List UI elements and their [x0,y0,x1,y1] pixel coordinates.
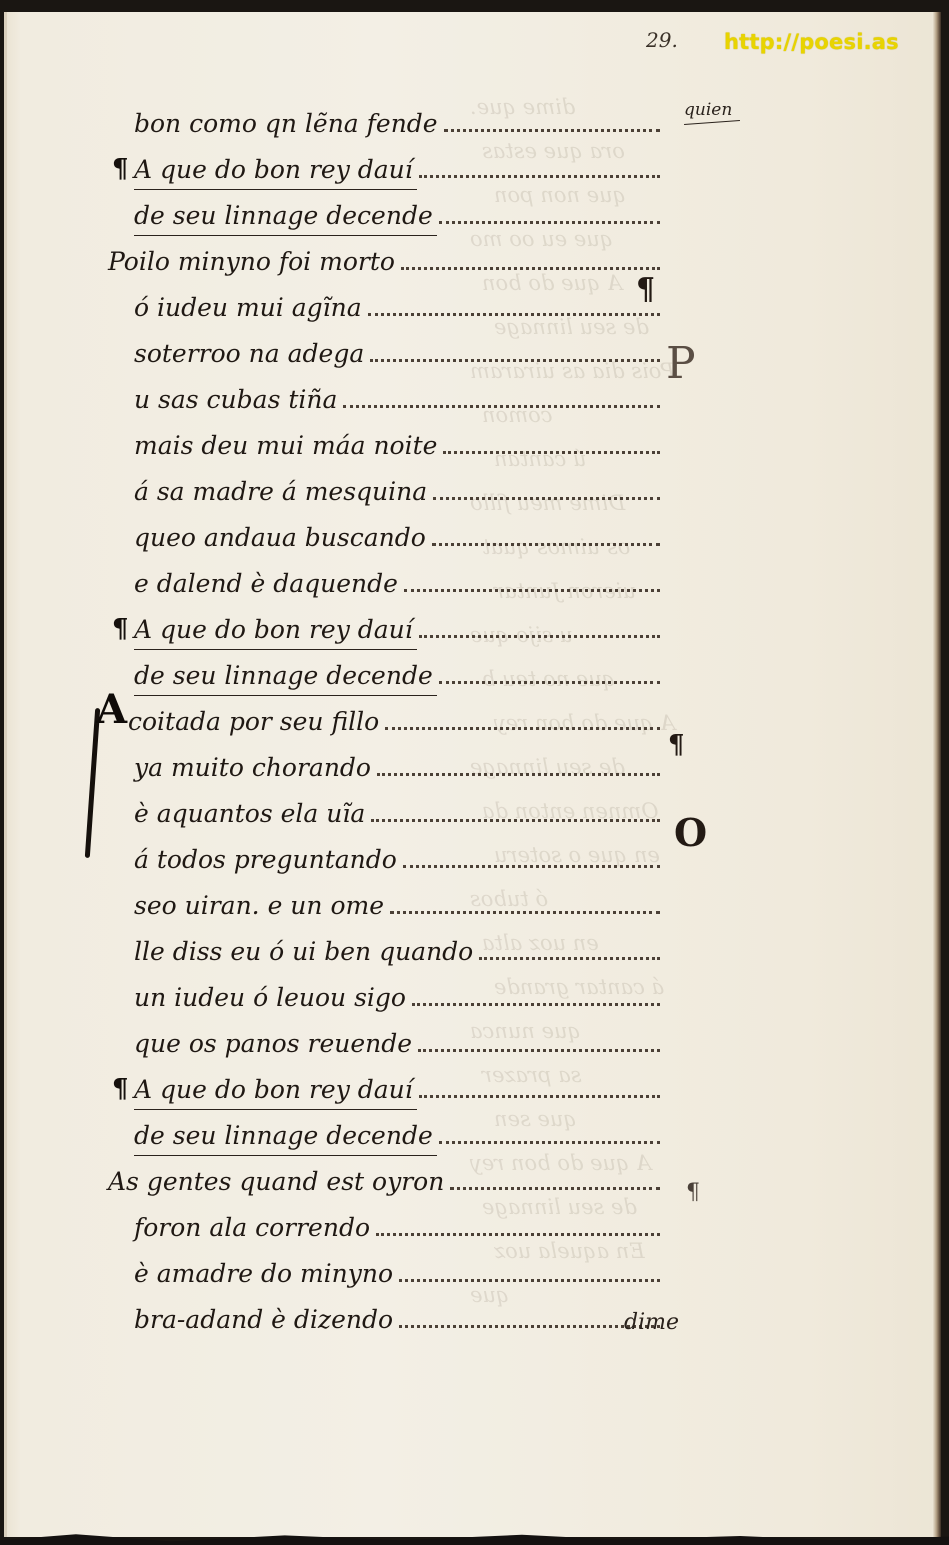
verse-text: de seu linnage decende [134,1121,433,1150]
dotted-leader [418,1049,660,1052]
refrain-line: A que do bon rey dauí [134,1058,660,1104]
dotted-leader [390,911,660,914]
verse-text: á todos preguntando [134,845,397,874]
verse-text: mais deu mui máa noite [134,431,437,460]
verse-line: bon como qn lẽna fende [134,92,660,138]
dotted-leader [403,865,660,868]
verse-text: As gentes quand est oyron [108,1167,444,1196]
dotted-leader [399,1325,660,1328]
dotted-leader [443,451,660,454]
watermark-url[interactable]: http://poesi.as [724,30,899,54]
verse-text: ya muito chorando [134,753,371,782]
refrain-line: de seu linnage decende [134,1104,660,1150]
page-edge [933,12,941,1537]
margin-pilcrow-1: ¶ [636,272,655,307]
verse-text: un iudeu ó leuou sigo [134,983,406,1012]
refrain-line: de seu linnage decende [134,644,660,690]
verse-text: u sas cubas tiña [134,385,337,414]
decorated-initial: A [96,690,127,730]
verse-text: A que do bon rey dauí [134,155,413,184]
verse-text: A que do bon rey dauí [134,615,413,644]
refrain-line: A que do bon rey dauí [134,138,660,184]
margin-pilcrow-3: ¶ [686,1180,700,1205]
dotted-leader [376,1233,660,1236]
dotted-leader [450,1187,660,1190]
verse-line: è amadre do minyno [134,1242,660,1288]
pilcrow-icon: ¶ [112,154,129,184]
verse-text: foron ala correndo [134,1213,370,1242]
verse-line: un iudeu ó leuou sigo [134,966,660,1012]
verse-line: Poilo minyno foi morto [108,230,660,276]
dotted-leader [368,313,660,316]
dotted-leader [404,589,660,592]
verse-text: è amadre do minyno [134,1259,393,1288]
dotted-leader [419,635,660,638]
verse-line: soterroo na adega [134,322,660,368]
refrain-line: de seu linnage decende [134,184,660,230]
dotted-leader [479,957,660,960]
verse-line: que os panos reuende [134,1012,660,1058]
verse-line: ó iudeu mui agĩna [134,276,660,322]
initial-letter: A [96,686,127,733]
margin-capital-o: O [674,810,707,855]
dotted-leader [419,175,660,178]
verse-text: queo andaua buscando [134,523,426,552]
verse-text: ó iudeu mui agĩna [134,293,362,322]
verse-line: queo andaua buscando [134,506,660,552]
catchword-bottom: dime [624,1310,679,1335]
verse-text: bon como qn lẽna fende [134,109,438,138]
verse-line: foron ala correndo [134,1196,660,1242]
catchword-top: quien [684,100,732,120]
verse-line: á sa madre á mesquina [134,460,660,506]
dotted-leader [370,359,660,362]
dotted-leader [439,221,660,224]
dotted-leader [439,681,660,684]
verse-text: soterroo na adega [134,339,364,368]
verse-text: bra-adand è dizendo [134,1305,393,1334]
verse-text: Poilo minyno foi morto [108,247,395,276]
verse-text: que os panos reuende [134,1029,412,1058]
margin-capital-p: P [666,338,696,389]
dotted-leader [444,129,660,132]
dotted-leader [385,727,660,730]
verse-text: de seu linnage decende [134,201,433,230]
verse-line: mais deu mui máa noite [134,414,660,460]
verse-line: u sas cubas tiña [134,368,660,414]
dotted-leader [432,543,660,546]
verse-line: ya muito chorando [134,736,660,782]
dotted-leader [399,1279,660,1282]
verse-text: A que do bon rey dauí [134,1075,413,1104]
dotted-leader [433,497,660,500]
folio-number: 29. [646,28,678,52]
verse-line: seo uiran. e un ome [134,874,660,920]
verse-text: e dalend è daquende [134,569,398,598]
dotted-leader [377,773,660,776]
verse-line: á todos preguntando [134,828,660,874]
verse-text: de seu linnage decende [134,661,433,690]
dotted-leader [343,405,660,408]
verse-line: coitada por seu fillo [128,690,660,736]
verse-line: è aquantos ela uĩa [134,782,660,828]
margin-pilcrow-2: ¶ [668,730,685,760]
dotted-leader [412,1003,660,1006]
verse-text: coitada por seu fillo [128,707,379,736]
verse-text: á sa madre á mesquina [134,477,427,506]
verse-text: lle diss eu ó ui ben quando [134,937,473,966]
verse-text: seo uiran. e un ome [134,891,384,920]
dotted-leader [419,1095,660,1098]
verse-text: è aquantos ela uĩa [134,799,365,828]
dotted-leader [371,819,660,822]
dotted-leader [401,267,660,270]
verse-line: e dalend è daquende [134,552,660,598]
pilcrow-icon: ¶ [112,614,129,644]
refrain-line: A que do bon rey dauí [134,598,660,644]
verse-line: As gentes quand est oyron [108,1150,660,1196]
dotted-leader [439,1141,660,1144]
verse-line: lle diss eu ó ui ben quando [134,920,660,966]
verse-line: bra-adand è dizendo [134,1288,660,1334]
pilcrow-icon: ¶ [112,1074,129,1104]
